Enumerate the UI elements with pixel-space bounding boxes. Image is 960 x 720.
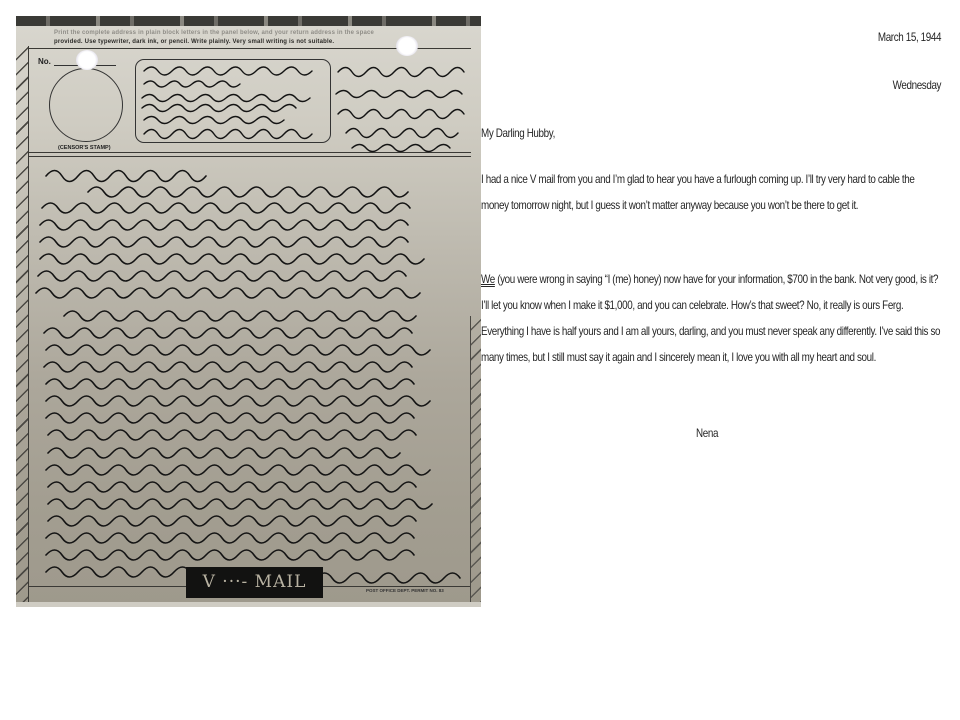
paragraph-1: I had a nice V mail from you and I’m gla… [481, 166, 940, 218]
vmail-letter-scan: Print the complete address in plain bloc… [16, 16, 481, 607]
paragraph-2: We (you were wrong in saying “I (me) hon… [481, 266, 940, 370]
letter-date: March 15, 1944 [878, 30, 941, 44]
vmail-badge: V ···- MAIL [186, 567, 323, 598]
post-office-permit-text: POST OFFICE DEPT. PERMIT NO. 83 [366, 588, 444, 593]
letter-weekday: Wednesday [893, 78, 941, 92]
signature: Nena [696, 426, 718, 440]
scan-bottom-edge [16, 602, 481, 607]
handwriting-strokes [16, 16, 481, 607]
salutation: My Darling Hubby, [481, 120, 940, 146]
underlined-we: We [481, 272, 495, 286]
paragraph-2-text: (you were wrong in saying “I (me) honey)… [481, 272, 940, 364]
